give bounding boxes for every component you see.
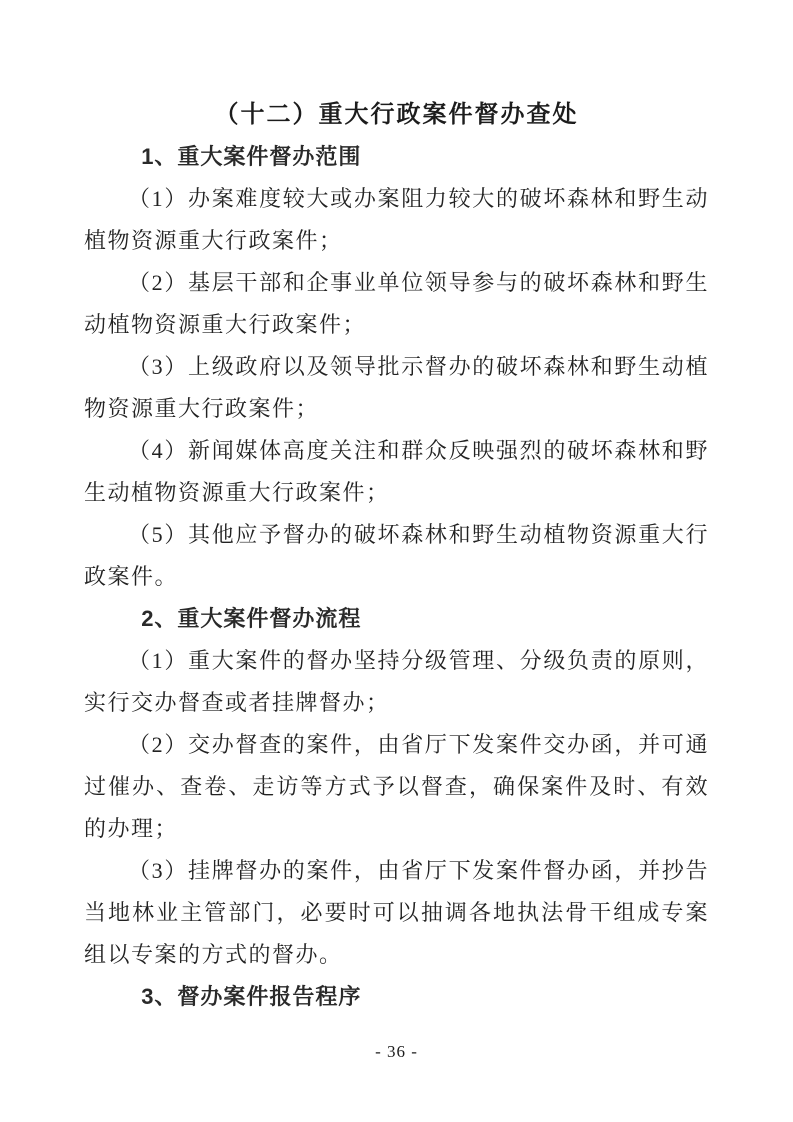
paragraph-scope-5: （5）其他应予督办的破坏森林和野生动植物资源重大行政案件。 — [84, 514, 709, 598]
paragraph-scope-3: （3）上级政府以及领导批示督办的破坏森林和野生动植物资源重大行政案件； — [84, 346, 709, 430]
section-heading-1: 1、重大案件督办范围 — [84, 136, 709, 178]
page-number: - 36 - — [0, 1042, 793, 1062]
section-heading-3: 3、督办案件报告程序 — [84, 976, 709, 1018]
paragraph-process-1: （1）重大案件的督办坚持分级管理、分级负责的原则，实行交办督查或者挂牌督办； — [84, 640, 709, 724]
document-page: （十二）重大行政案件督办查处 1、重大案件督办范围 （1）办案难度较大或办案阻力… — [0, 0, 793, 1122]
section-heading-2: 2、重大案件督办流程 — [84, 598, 709, 640]
paragraph-scope-4: （4）新闻媒体高度关注和群众反映强烈的破坏森林和野生动植物资源重大行政案件； — [84, 430, 709, 514]
page-title: （十二）重大行政案件督办查处 — [84, 94, 709, 136]
paragraph-scope-2: （2）基层干部和企事业单位领导参与的破坏森林和野生动植物资源重大行政案件； — [84, 262, 709, 346]
paragraph-scope-1: （1）办案难度较大或办案阻力较大的破坏森林和野生动植物资源重大行政案件； — [84, 178, 709, 262]
paragraph-process-2: （2）交办督查的案件，由省厅下发案件交办函，并可通过催办、查卷、走访等方式予以督… — [84, 724, 709, 850]
paragraph-process-3: （3）挂牌督办的案件，由省厅下发案件督办函，并抄告当地林业主管部门，必要时可以抽… — [84, 850, 709, 976]
